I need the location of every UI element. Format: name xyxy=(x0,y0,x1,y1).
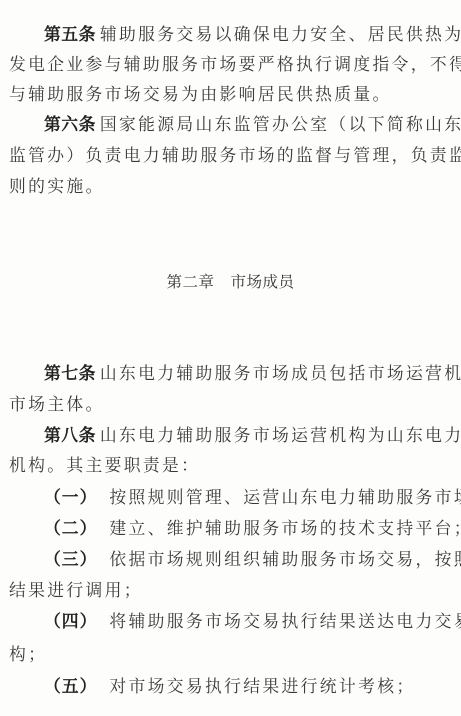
article-8-line-2: 机构。其主要职责是： xyxy=(9,455,200,475)
article-5-line-1: 第五条辅助服务交易以确保电力安全、居民供热为前提， xyxy=(44,24,461,44)
article-6-line-3: 则的实施。 xyxy=(9,176,105,196)
article-5-line-3: 与辅助服务市场交易为由影响居民供热质量。 xyxy=(9,84,392,104)
item-4: （四）将辅助服务市场交易执行结果送达电力交易机 xyxy=(44,611,461,631)
document-page: 第五条辅助服务交易以确保电力安全、居民供热为前提， 发电企业参与辅助服务市场要严… xyxy=(0,0,461,716)
article-6-label: 第六条 xyxy=(44,114,96,134)
item-5-number: （五） xyxy=(44,676,97,696)
chapter-heading: 第二章市场成员 xyxy=(0,270,461,292)
article-7-line-1: 第七条山东电力辅助服务市场成员包括市场运营机构和 xyxy=(44,363,461,383)
article-7-line-2: 市场主体。 xyxy=(9,394,105,414)
item-1: （一）按照规则管理、运营山东电力辅助服务市场； xyxy=(44,487,461,507)
chapter-title: 市场成员 xyxy=(231,273,295,291)
chapter-number: 第二章 xyxy=(166,273,214,291)
item-2-number: （二） xyxy=(44,518,97,538)
item-2: （二）建立、维护辅助服务市场的技术支持平台； xyxy=(44,518,461,538)
item-3: （三）依据市场规则组织辅助服务市场交易，按照交易 xyxy=(44,549,461,569)
item-1-number: （一） xyxy=(44,487,97,507)
article-5-line-2: 发电企业参与辅助服务市场要严格执行调度指令，不得以参 xyxy=(9,54,461,74)
article-8-line-1: 第八条山东电力辅助服务市场运营机构为山东电力调度 xyxy=(44,425,461,445)
item-4-line-2: 构； xyxy=(9,644,47,664)
item-5: （五）对市场交易执行结果进行统计考核； xyxy=(44,676,415,696)
article-8-label: 第八条 xyxy=(44,425,96,445)
article-7-label: 第七条 xyxy=(44,363,96,383)
article-6-line-1: 第六条国家能源局山东监管办公室（以下简称山东能源 xyxy=(44,114,461,134)
item-3-number: （三） xyxy=(44,549,97,569)
article-6-line-2: 监管办）负责电力辅助服务市场的监督与管理，负责监管本规 xyxy=(9,145,461,165)
article-5-label: 第五条 xyxy=(44,24,96,44)
item-3-line-2: 结果进行调用； xyxy=(9,580,143,600)
item-4-number: （四） xyxy=(44,611,97,631)
